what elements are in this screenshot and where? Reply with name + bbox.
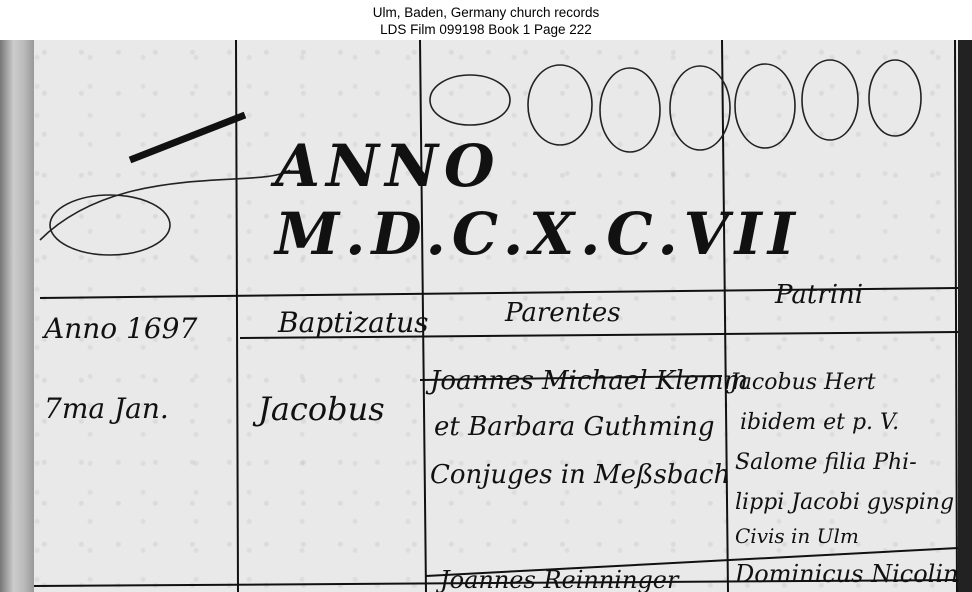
header-title-line2: LDS Film 099198 Book 1 Page 222 [0,21,972,38]
column-header-baptized: Baptizatus [278,306,429,339]
column-header-parents: Parentes [505,298,621,328]
column-header-date: Anno 1697 [44,312,197,345]
entry-godparent-line: Dominicus Nicolin [735,560,958,588]
entry-parent-line: Joannes Reinninger [440,566,678,592]
entry-parent-line: et Barbara Guthming [434,412,715,442]
year-heading: ANNO M.D.C.X.C.VII [275,132,972,268]
header-title-line1: Ulm, Baden, Germany church records [0,0,972,21]
page-header: Ulm, Baden, Germany church records LDS F… [0,0,972,40]
entry-godparent-line: Jacobus Hert [730,370,876,395]
entry-godparent-line: Salome filia Phi- [735,450,917,475]
entry-parent-line: Conjuges in Meßsbach [430,460,730,490]
entry-godparent-line: Civis in Ulm [735,524,859,548]
entry-godparent-line: lippi Jacobi gysping [735,490,954,515]
column-header-godparents: Patrini [775,280,863,310]
document-scan: ANNO M.D.C.X.C.VII Anno 1697 Baptizatus … [0,40,972,592]
entry-parent-line: Joannes Michael Klemm [430,366,748,396]
entry-godparent-line: ibidem et p. V. [740,410,899,435]
entry-date: 7ma Jan. [44,392,169,425]
entry-baptized: Jacobus [258,390,385,428]
